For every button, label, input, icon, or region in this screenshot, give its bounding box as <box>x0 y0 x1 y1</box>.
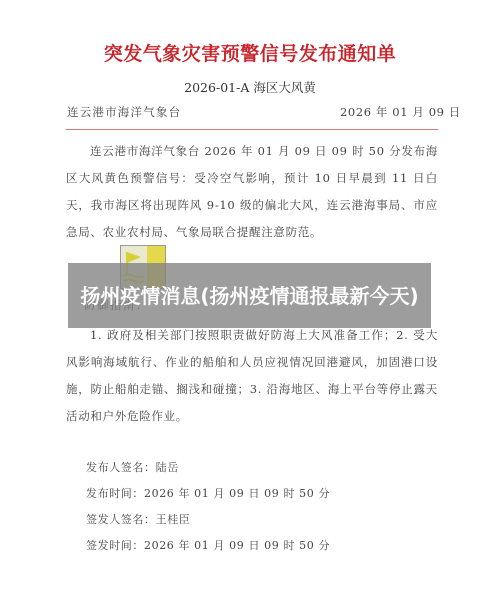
signature-value: 2026 年 01 月 09 日 09 时 50 分 <box>144 539 330 552</box>
warning-body: 连云港市海洋气象台 2026 年 01 月 09 日 09 时 50 分发布海区… <box>66 138 438 246</box>
warning-body-text: 连云港市海洋气象台 2026 年 01 月 09 日 09 时 50 分发布海区… <box>66 144 438 239</box>
signature-row: 发布时间：2026 年 01 月 09 日 09 时 50 分 <box>86 485 330 501</box>
defense-guide: 1. 政府及相关部门按照职责做好防海上大风准备工作；2. 受大风影响海域航行、作… <box>66 322 438 430</box>
signature-value: 王桂臣 <box>156 513 191 526</box>
signature-label: 签发时间： <box>86 539 144 552</box>
headline-text: 扬州疫情消息(扬州疫情通报最新今天) <box>74 283 424 309</box>
signature-row: 发布人签名：陆岳 <box>86 459 179 475</box>
signature-label: 发布时间： <box>86 487 144 500</box>
issuer-name: 连云港市海洋气象台 <box>67 104 181 120</box>
issue-date: 2026 年 01 月 09 日 <box>340 104 461 120</box>
defense-guide-text: 1. 政府及相关部门按照职责做好防海上大风准备工作；2. 受大风影响海域航行、作… <box>66 328 438 423</box>
signature-label: 签发人签名： <box>86 513 156 526</box>
document-title: 突发气象灾害预警信号发布通知单 <box>0 39 500 66</box>
warning-code: 2026-01-A 海区大风黄 <box>0 78 500 96</box>
headline-overlay[interactable]: 扬州疫情消息(扬州疫情通报最新今天) <box>68 263 431 328</box>
signature-label: 发布人签名： <box>86 461 156 474</box>
signature-value: 陆岳 <box>156 461 179 474</box>
signature-value: 2026 年 01 月 09 日 09 时 50 分 <box>144 487 330 500</box>
signature-row: 签发时间：2026 年 01 月 09 日 09 时 50 分 <box>86 537 330 553</box>
red-divider <box>66 129 438 130</box>
signature-row: 签发人签名：王桂臣 <box>86 511 190 527</box>
